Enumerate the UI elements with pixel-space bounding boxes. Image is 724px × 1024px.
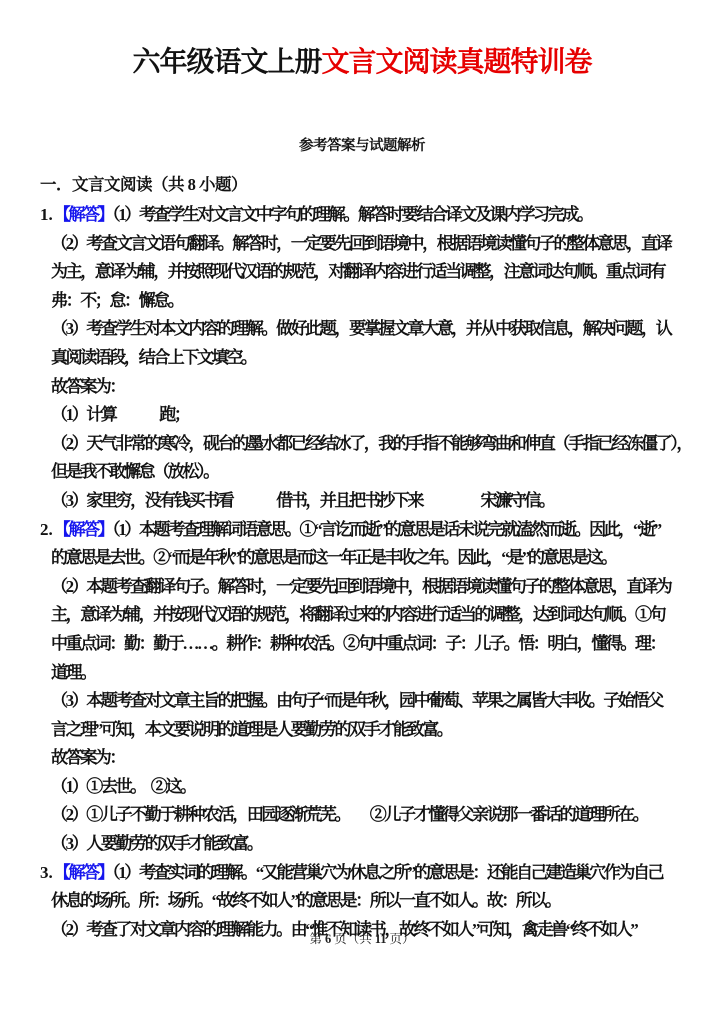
- answer-label: 【解答】: [54, 520, 112, 539]
- answer-line: （3）人要勤劳的双手才能致富。: [40, 830, 684, 859]
- answer-line: （3）家里穷，没有钱买书看 借书，并且把书抄下来 宋濂守信。: [40, 487, 684, 516]
- answer-line: （3）考查学生对本文内容的理解。做好此题，要掌握文章大意，并从中获取信息，解决问…: [40, 315, 684, 344]
- answer-line: （1）计算 跑；: [40, 401, 684, 430]
- answer-line: 中重点词：勤：勤于……。耕作：耕种农活。②句中重点词：子：儿子。悟：明白，懂得。…: [40, 630, 684, 659]
- answer-item-2: 2.【解答】（1）本题考查理解词语意思。①“言讫而逝”的意思是话未说完就溘然而逝…: [40, 516, 684, 859]
- answer-line: 为主，意译为辅，并按照现代汉语的规范，对翻译内容进行适当调整，注意词达句顺。重点…: [40, 258, 684, 287]
- answer-line: 弗：不；怠：懈怠。: [40, 287, 684, 316]
- answer-text: （1）考查实词的理解。“又能营巢穴为休息之所”的意思是：还能自己建造巢穴作为自己: [112, 863, 662, 882]
- answer-text: （1）本题考查理解词语意思。①“言讫而逝”的意思是话未说完就溘然而逝。因此，“逝…: [112, 520, 660, 539]
- answer-line: 的意思是去世。②“而是年秋”的意思是而这一年正是丰收之年。因此，“是”的意思是这…: [40, 544, 684, 573]
- document-subtitle: 参考答案与试题解析: [0, 134, 724, 155]
- answer-line: 但是我不敢懈怠（放松）。: [40, 458, 684, 487]
- answer-line: 道理。: [40, 659, 684, 688]
- answer-label: 【解答】: [54, 205, 112, 224]
- answer-line: 2.【解答】（1）本题考查理解词语意思。①“言讫而逝”的意思是话未说完就溘然而逝…: [40, 516, 684, 545]
- item-number: 1.: [40, 205, 53, 224]
- answer-line: （1）①去世。 ②这。: [40, 773, 684, 802]
- answer-line: （2）①儿子不勤于耕种农活，田园逐渐荒芜。 ②儿子才懂得父亲说那一番话的道理所在…: [40, 801, 684, 830]
- section-heading: 一．文言文阅读（共 8 小题）: [40, 171, 724, 195]
- footer-prefix: 第: [309, 932, 322, 946]
- answer-label: 【解答】: [54, 863, 112, 882]
- answer-line: 1.【解答】（1）考查学生对文言文中字句的理解。解答时要结合译文及课内学习完成。: [40, 201, 684, 230]
- answer-line: （2）考查文言文语句翻译。解答时，一定要先回到语境中，根据语境读懂句子的整体意思…: [40, 230, 684, 259]
- item-number: 2.: [40, 520, 53, 539]
- answer-line: 休息的场所。所：场所。“故终不如人”的意思是：所以一直不如人。故：所以。: [40, 887, 684, 916]
- answer-line: 真阅读语段，结合上下文填空。: [40, 344, 684, 373]
- document-page: 六年级语文上册文言文阅读真题特训卷 参考答案与试题解析 一．文言文阅读（共 8 …: [0, 0, 724, 1024]
- answer-item-1: 1.【解答】（1）考查学生对文言文中字句的理解。解答时要结合译文及课内学习完成。…: [40, 201, 684, 516]
- footer-middle: 页（共: [334, 932, 372, 946]
- title-red-part: 文言文阅读真题特训卷: [322, 47, 592, 78]
- answer-text: （1）考查学生对文言文中字句的理解。解答时要结合译文及课内学习完成。: [112, 205, 591, 224]
- answer-line: （3）本题考查对文章主旨的把握。由句子“而是年秋，园中葡萄、苹果之属皆大丰收。子…: [40, 687, 684, 716]
- answer-line: 故答案为：: [40, 744, 684, 773]
- current-page-number: 6: [325, 932, 331, 946]
- answer-line: 言之理”可知，本文要说明的道理是人要勤劳的双手才能致富。: [40, 716, 684, 745]
- answer-line: 3.【解答】（1）考查实词的理解。“又能营巢穴为休息之所”的意思是：还能自己建造…: [40, 859, 684, 888]
- answer-line: （2）天气非常的寒冷，砚台的墨水都已经结冰了，我的手指不能够弯曲和伸直（手指已经…: [40, 430, 684, 459]
- total-page-number: 11: [375, 932, 387, 946]
- answer-line: 故答案为：: [40, 373, 684, 402]
- page-footer: 第6页（共11页）: [0, 929, 724, 947]
- footer-suffix: 页）: [390, 932, 415, 946]
- answer-line: （2）本题考查翻译句子。解答时，一定要先回到语境中，根据语境读懂句子的整体意思，…: [40, 573, 684, 602]
- answers-content: 1.【解答】（1）考查学生对文言文中字句的理解。解答时要结合译文及课内学习完成。…: [40, 201, 684, 944]
- document-title: 六年级语文上册文言文阅读真题特训卷: [0, 0, 724, 82]
- title-black-part: 六年级语文上册: [132, 47, 321, 78]
- item-number: 3.: [40, 863, 53, 882]
- answer-line: 主，意译为辅，并按现代汉语的规范，将翻译过来的内容进行适当的调整，达到词达句顺。…: [40, 601, 684, 630]
